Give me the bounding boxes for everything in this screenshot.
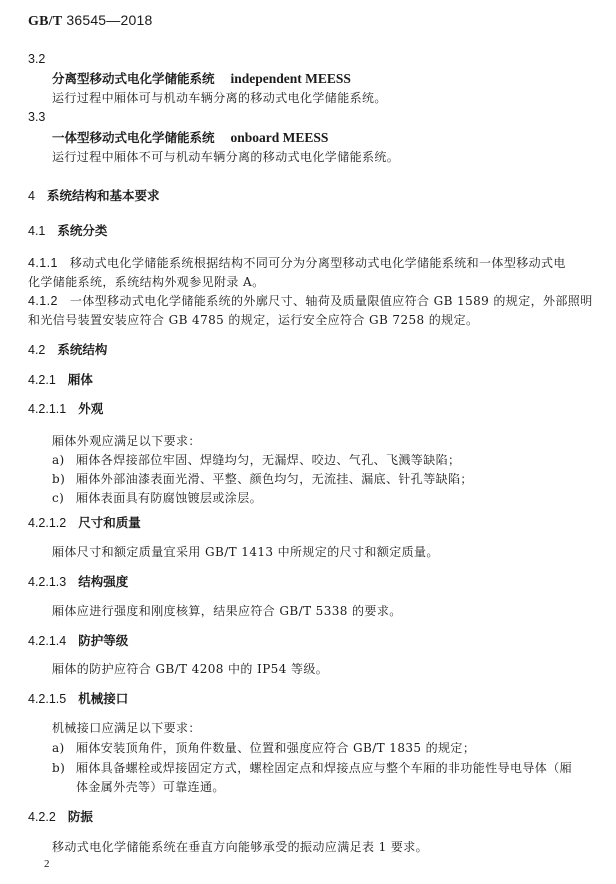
clause-4-1-2-line1: 4.1.2一体型移动式电化学储能系统的外廓尺寸、轴荷及质量限值应符合 GB 15…: [28, 292, 593, 309]
section-number: 4.2.1.3: [28, 575, 66, 589]
section-title: 厢体: [68, 372, 93, 387]
section-number: 4.2: [28, 343, 45, 357]
list-text: 厢体表面具有防腐蚀镀层或涂层。: [76, 491, 262, 505]
list-item: b)厢体具备螺栓或焊接固定方式，螺栓固定点和焊接点应与整个车厢的非功能性导电导体…: [52, 759, 572, 776]
list-item: b)厢体外部油漆表面光滑、平整、颜色均匀，无流挂、漏底、针孔等缺陷；: [52, 470, 473, 487]
size-mass-text: 厢体尺寸和额定质量宜采用 GB/T 1413 中所规定的尺寸和额定质量。: [52, 543, 439, 560]
section-heading-4-2-1-4: 4.2.1.4防护等级: [28, 631, 128, 649]
term-en: onboard MEESS: [231, 130, 329, 145]
section-heading-4-2-1-3: 4.2.1.3结构强度: [28, 572, 128, 590]
section-heading-4-2-1-2: 4.2.1.2尺寸和质量: [28, 513, 141, 531]
interface-intro: 机械接口应满足以下要求：: [52, 719, 201, 736]
standard-header: GB/T 36545—2018: [28, 12, 152, 30]
section-title: 结构强度: [78, 574, 128, 589]
term-zh: 一体型移动式电化学储能系统: [52, 130, 215, 145]
clause-number-3-3: 3.3: [28, 110, 45, 124]
list-text: 厢体各焊接部位牢固、焊缝均匀，无漏焊、咬边、气孔、飞溅等缺陷；: [76, 453, 460, 467]
section-title: 系统结构和基本要求: [47, 188, 160, 203]
list-item: a)厢体安装顶角件，顶角件数量、位置和强度应符合 GB/T 1835 的规定；: [52, 739, 475, 756]
section-number: 4.1: [28, 224, 45, 238]
section-title: 尺寸和质量: [78, 515, 141, 530]
definition-3-3: 运行过程中厢体不可与机动车辆分离的移动式电化学储能系统。: [52, 148, 399, 165]
protection-text: 厢体的防护应符合 GB/T 4208 中的 IP54 等级。: [52, 660, 328, 677]
section-heading-4-1: 4.1系统分类: [28, 221, 107, 239]
section-heading-4-2-1-5: 4.2.1.5机械接口: [28, 689, 128, 707]
standard-prefix: GB/T: [28, 14, 62, 29]
section-number: 4: [28, 189, 35, 203]
section-title: 防振: [68, 809, 93, 824]
page-number: 2: [44, 858, 50, 870]
list-label: a): [52, 741, 76, 755]
section-heading-4: 4系统结构和基本要求: [28, 186, 159, 204]
section-number: 4.2.1.1: [28, 402, 66, 416]
section-title: 系统结构: [57, 342, 107, 357]
section-number: 4.2.1: [28, 373, 56, 387]
list-item: a)厢体各焊接部位牢固、焊缝均匀，无漏焊、咬边、气孔、飞溅等缺陷；: [52, 451, 460, 468]
section-title: 外观: [78, 401, 103, 416]
section-heading-4-2-1: 4.2.1厢体: [28, 370, 93, 388]
clause-4-1-1-line2: 化学储能系统，系统结构外观参见附录 A。: [28, 273, 264, 290]
section-title: 机械接口: [78, 691, 128, 706]
appearance-intro: 厢体外观应满足以下要求：: [52, 432, 201, 449]
list-text: 厢体外部油漆表面光滑、平整、颜色均匀，无流挂、漏底、针孔等缺陷；: [76, 472, 473, 486]
term-3-2: 分离型移动式电化学储能系统independent MEESS: [52, 69, 351, 87]
section-number: 4.2.2: [28, 810, 56, 824]
term-en: independent MEESS: [231, 71, 351, 86]
section-heading-4-2-2: 4.2.2防振: [28, 807, 93, 825]
list-label: b): [52, 761, 76, 775]
term-zh: 分离型移动式电化学储能系统: [52, 71, 215, 86]
clause-4-1-1-line1: 4.1.1移动式电化学储能系统根据结构不同可分为分离型移动式电化学储能系统和一体…: [28, 254, 566, 271]
list-text: 厢体安装顶角件，顶角件数量、位置和强度应符合 GB/T 1835 的规定；: [76, 741, 475, 755]
section-number: 4.2.1.5: [28, 692, 66, 706]
section-heading-4-2-1-1: 4.2.1.1外观: [28, 399, 103, 417]
list-label: b): [52, 472, 76, 486]
term-3-3: 一体型移动式电化学储能系统onboard MEESS: [52, 128, 328, 146]
list-text: 厢体具备螺栓或焊接固定方式，螺栓固定点和焊接点应与整个车厢的非功能性导电导体（厢: [76, 761, 572, 775]
vibration-text: 移动式电化学储能系统在垂直方向能够承受的振动应满足表 1 要求。: [52, 838, 428, 855]
section-title: 防护等级: [78, 633, 128, 648]
clause-text: 移动式电化学储能系统根据结构不同可分为分离型移动式电化学储能系统和一体型移动式电: [70, 256, 566, 270]
list-item-continuation: 体金属外壳等）可靠连通。: [76, 778, 225, 795]
clause-number: 4.1.2: [28, 294, 58, 308]
definition-3-2: 运行过程中厢体可与机动车辆分离的移动式电化学储能系统。: [52, 89, 387, 106]
clause-number-3-2: 3.2: [28, 52, 45, 66]
strength-text: 厢体应进行强度和刚度核算，结果应符合 GB/T 5338 的要求。: [52, 602, 402, 619]
section-title: 系统分类: [57, 223, 107, 238]
list-item: c)厢体表面具有防腐蚀镀层或涂层。: [52, 489, 262, 506]
list-label: c): [52, 491, 76, 505]
clause-text: 一体型移动式电化学储能系统的外廓尺寸、轴荷及质量限值应符合 GB 1589 的规…: [70, 294, 593, 308]
clause-number: 4.1.1: [28, 256, 58, 270]
standard-number: 36545—2018: [66, 12, 152, 28]
section-number: 4.2.1.2: [28, 516, 66, 530]
clause-4-1-2-line2: 和光信号装置安装应符合 GB 4785 的规定，运行安全应符合 GB 7258 …: [28, 311, 478, 328]
section-heading-4-2: 4.2系统结构: [28, 340, 107, 358]
list-label: a): [52, 453, 76, 467]
section-number: 4.2.1.4: [28, 634, 66, 648]
